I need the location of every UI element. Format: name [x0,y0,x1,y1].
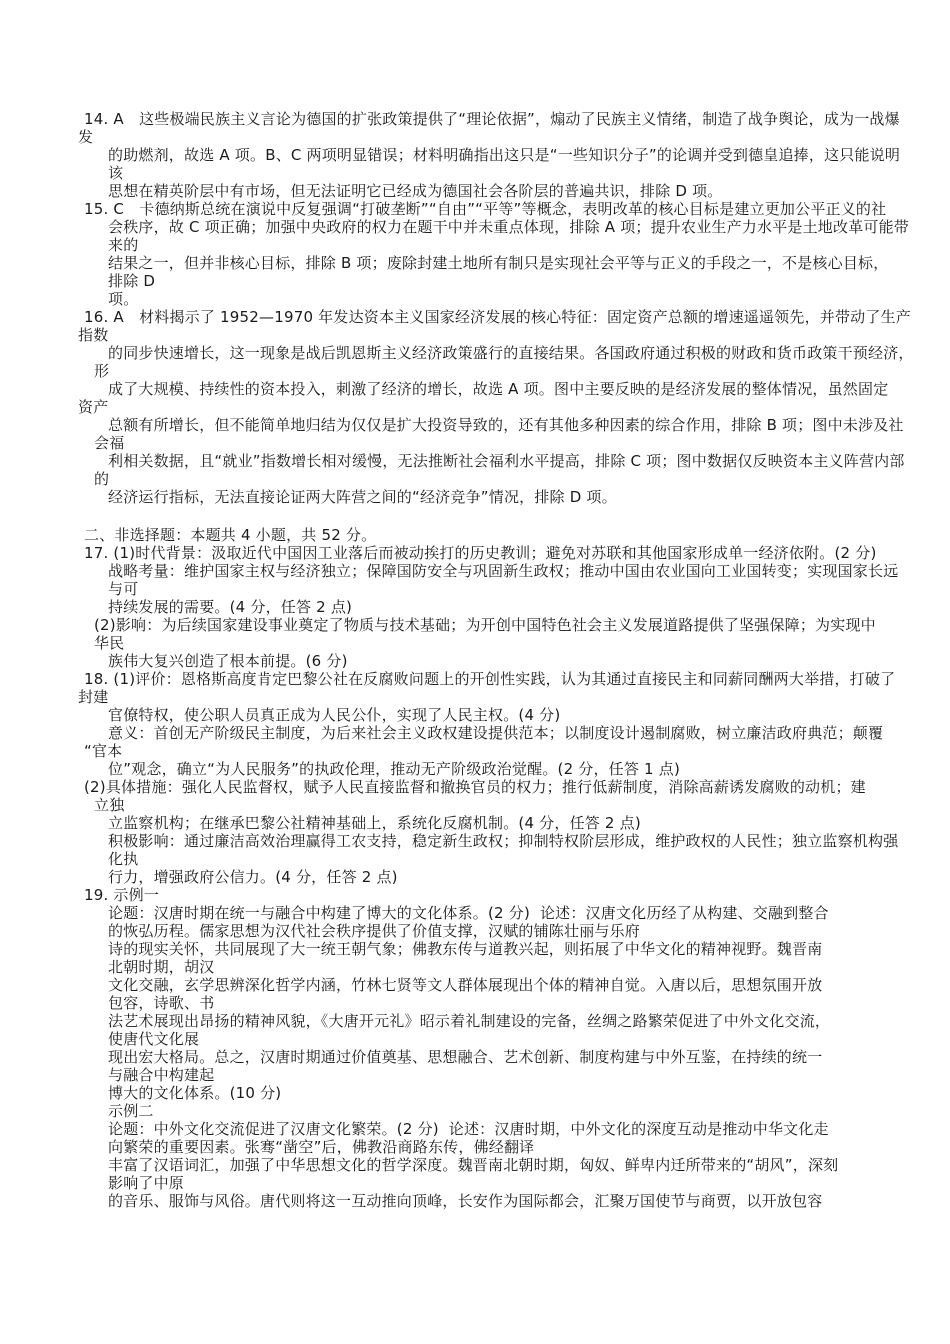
text-line: 的音乐、服饰与风俗。唐代则将这一互动推向顶峰，长安作为国际都会，汇聚万国使节与商… [0,1192,950,1210]
text-line: 立独 [0,796,950,814]
text-line: 的 [0,470,950,488]
text-line: 影响了中原 [0,1174,950,1192]
text-line: 意义：首创无产阶级民主制度，为后来社会主义政权建设提供范本；以制度设计遏制腐败，… [0,724,950,742]
text-line: 位”观念，确立“为人民服务”的执政伦理，推动无产阶级政治觉醒。(2 分，任答 1… [0,760,950,778]
text-line: 诗的现实关怀，共同展现了大一统王朝气象；佛教东传与道教兴起，则拓展了中华文化的精… [0,940,950,958]
text-line: 战略考量：维护国家主权与经济独立；保障国防安全与巩固新生政权；推动中国由农业国向… [0,562,950,580]
text-line: 的助燃剂，故选 A 项。B、C 两项明显错误；材料明确指出这只是“一些知识分子”… [0,146,950,164]
text-line: 18. (1)评价：恩格斯高度肯定巴黎公社在反腐败问题上的开创性实践，认为其通过… [0,670,950,688]
text-line: 发 [0,128,950,146]
text-line: 持续发展的需要。(4 分，任答 2 点) [0,598,950,616]
text-line: 向繁荣的重要因素。张骞“凿空”后，佛教沿商路东传，佛经翻译 [0,1138,950,1156]
text-line: 利相关数据，且“就业”指数增长相对缓慢，无法推断社会福利水平提高，排除 C 项；… [0,452,950,470]
text-line: 行力，增强政府公信力。(4 分，任答 2 点) [0,868,950,886]
text-line: (2)具体措施：强化人民监督权，赋予人民直接监督和撤换官员的权力；推行低薪制度，… [0,778,950,796]
text-line: 经济运行指标，无法直接论证两大阵营之间的“经济竞争”情况，排除 D 项。 [0,488,950,506]
text-line: 与融合中构建起 [0,1066,950,1084]
text-line: 使唐代文化展 [0,1030,950,1048]
text-line: 包容，诗歌、书 [0,994,950,1012]
text-line: 资产 [0,398,950,416]
text-line: 14. A 这些极端民族主义言论为德国的扩张政策提供了“理论依据”，煽动了民族主… [0,110,950,128]
text-line: 指数 [0,326,950,344]
text-line: 化执 [0,850,950,868]
text-line: 论题：汉唐时期在统一与融合中构建了博大的文化体系。(2 分) 论述：汉唐文化历经… [0,904,950,922]
text-line: 族伟大复兴创造了根本前提。(6 分) [0,652,950,670]
text-line: 19. 示例一 [0,886,950,904]
text-line: “官本 [0,742,950,760]
text-line: 会福 [0,434,950,452]
text-line: 与可 [0,580,950,598]
text-line: 成了大规模、持续性的资本投入，刺激了经济的增长，故选 A 项。图中主要反映的是经… [0,380,950,398]
text-line: 立监察机构；在继承巴黎公社精神基础上，系统化反腐机制。(4 分，任答 2 点) [0,814,950,832]
answer-key-text-block: 14. A 这些极端民族主义言论为德国的扩张政策提供了“理论依据”，煽动了民族主… [0,110,950,1210]
text-line: 会秩序，故 C 项正确；加强中央政府的权力在题干中并未重点体现，排除 A 项；提… [0,218,950,236]
text-line: 17. (1)时代背景：汲取近代中国因工业落后而被动挨打的历史教训；避免对苏联和… [0,544,950,562]
text-line: 现出宏大格局。总之，汉唐时期通过价值奠基、思想融合、艺术创新、制度构建与中外互鉴… [0,1048,950,1066]
text-line: 的同步快速增长，这一现象是战后凯恩斯主义经济政策盛行的直接结果。各国政府通过积极… [0,344,950,362]
text-line: 总额有所增长，但不能简单地归结为仅仅是扩大投资导致的，还有其他多种因素的综合作用… [0,416,950,434]
text-line: 排除 D [0,272,950,290]
text-line: 官僚特权，使公职人员真正成为人民公仆，实现了人民主权。(4 分) [0,706,950,724]
text-line: 形 [0,362,950,380]
text-line: 博大的文化体系。(10 分) [0,1084,950,1102]
text-line: 论题：中外文化交流促进了汉唐文化繁荣。(2 分) 论述：汉唐时期，中外文化的深度… [0,1120,950,1138]
text-line: 思想在精英阶层中有市场，但无法证明它已经成为德国社会各阶层的普遍共识，排除 D … [0,182,950,200]
text-line: 二、非选择题：本题共 4 小题，共 52 分。 [0,526,950,544]
text-line: 的恢弘历程。儒家思想为汉代社会秩序提供了价值支撑，汉赋的铺陈壮丽与乐府 [0,922,950,940]
text-line: 示例二 [0,1102,950,1120]
text-line: 来的 [0,236,950,254]
text-line: 封建 [0,688,950,706]
text-line: 15. C 卡德纳斯总统在演说中反复强调“打破垄断”“自由”“平等”等概念，表明… [0,200,950,218]
text-line: 该 [0,164,950,182]
text-line: 项。 [0,290,950,308]
text-line: 北朝时期，胡汉 [0,958,950,976]
text-line: 丰富了汉语词汇，加强了中华思想文化的哲学深度。魏晋南北朝时期，匈奴、鲜卑内迁所带… [0,1156,950,1174]
text-line: 积极影响：通过廉洁高效治理赢得工农支持，稳定新生政权；抑制特权阶层形成，维护政权… [0,832,950,850]
text-line: 结果之一，但并非核心目标，排除 B 项；废除封建土地所有制只是实现社会平等与正义… [0,254,950,272]
text-line: 华民 [0,634,950,652]
text-line: 文化交融，玄学思辨深化哲学内涵，竹林七贤等文人群体展现出个体的精神自觉。入唐以后… [0,976,950,994]
text-line: (2)影响：为后续国家建设事业奠定了物质与技术基础；为开创中国特色社会主义发展道… [0,616,950,634]
answer-key-page: 14. A 这些极端民族主义言论为德国的扩张政策提供了“理论依据”，煽动了民族主… [0,0,950,1344]
text-line: 16. A 材料揭示了 1952—1970 年发达资本主义国家经济发展的核心特征… [0,308,950,326]
text-line: 法艺术展现出昂扬的精神风貌，《大唐开元礼》昭示着礼制建设的完备，丝绸之路繁荣促进… [0,1012,950,1030]
